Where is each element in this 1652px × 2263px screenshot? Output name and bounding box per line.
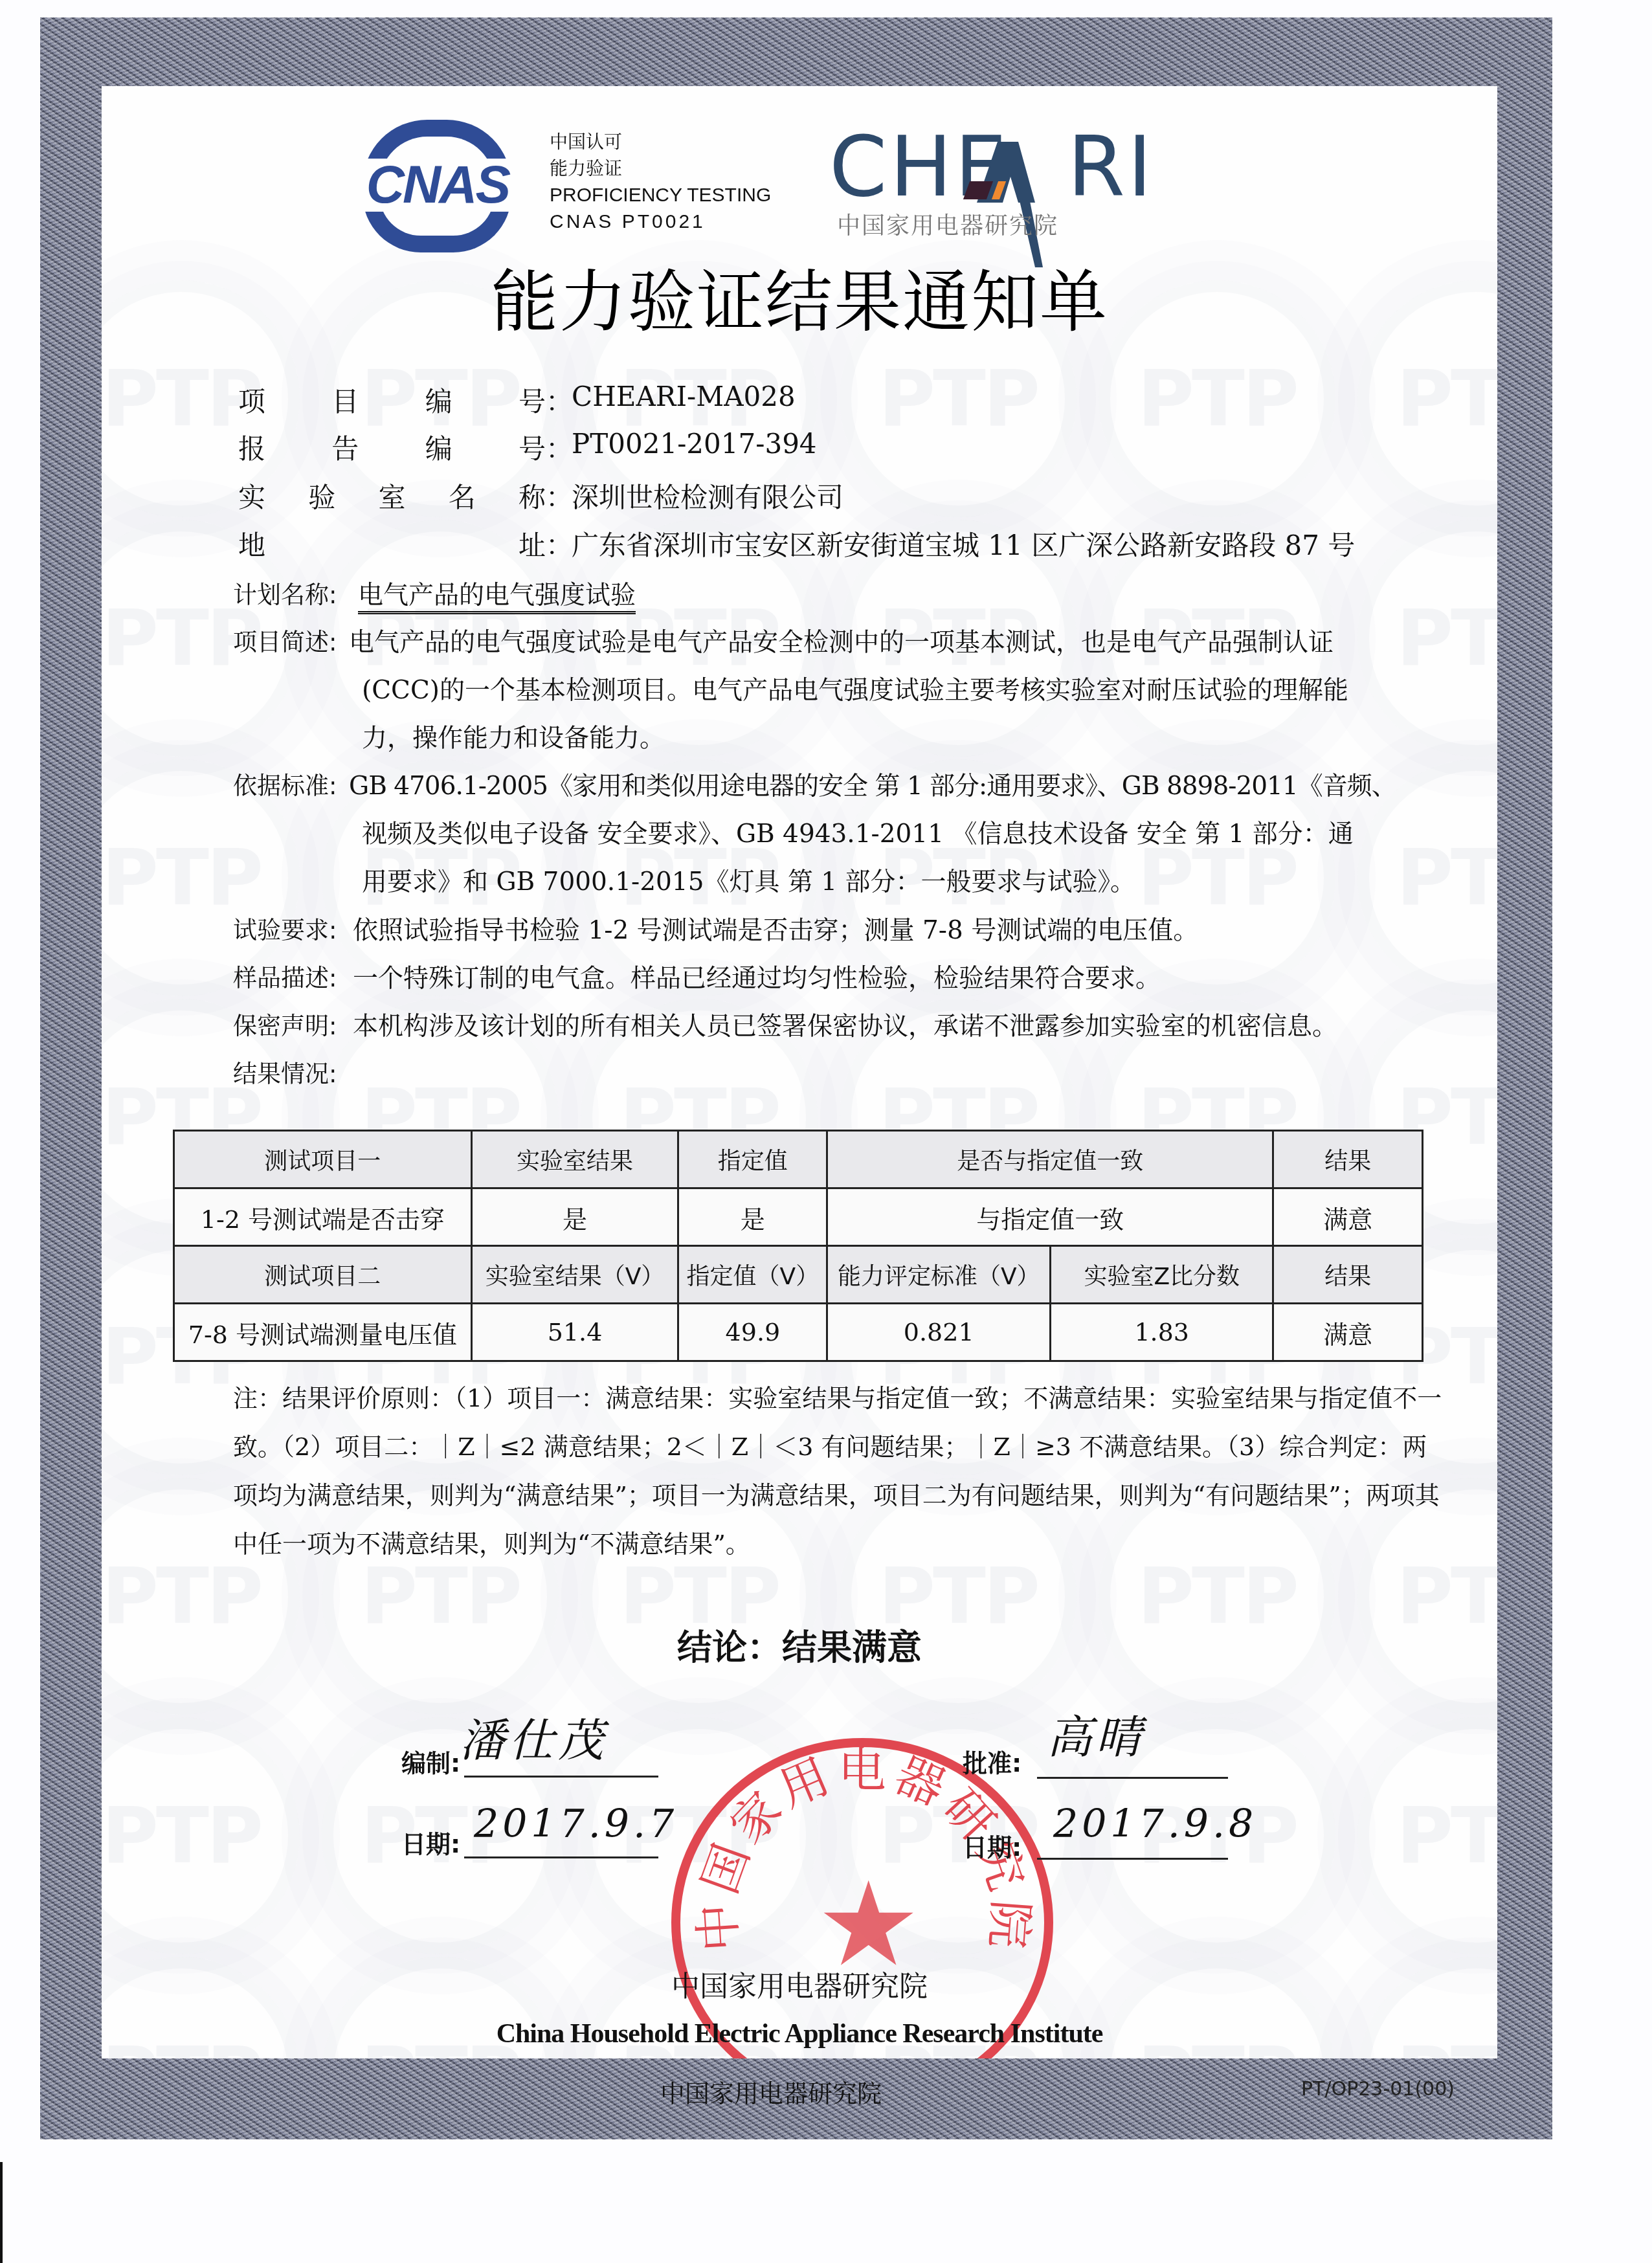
ptp-watermark: PTP xyxy=(102,1717,300,1954)
field-label-char: 实 xyxy=(238,476,265,515)
summary-section: 项目简述: 电气产品的电气强度试验是电气产品安全检测中的一项基本测试，也是电气产… xyxy=(233,619,1450,763)
prepared-by-label: 编制: xyxy=(401,1743,460,1779)
field-label-char: 号 xyxy=(519,381,546,419)
cheari-subtitle: 中国家用电器研究院 xyxy=(837,208,1058,241)
field-value: PT0021-2017-394 xyxy=(572,428,817,467)
field-label-char: 告 xyxy=(331,428,359,467)
table-header-cell: 能力评定标准（V） xyxy=(827,1246,1051,1304)
field-label-char: 地 xyxy=(238,524,265,563)
colon: ： xyxy=(546,428,572,467)
prepared-date-label: 日期: xyxy=(401,1824,460,1860)
prepared-date-value: 2017.9.7 xyxy=(474,1801,678,1847)
approved-date-value: 2017.9.8 xyxy=(1053,1801,1257,1847)
field-value: 深圳世检检测有限公司 xyxy=(572,476,843,515)
scan-edge-mark xyxy=(0,2162,3,2263)
colon: ： xyxy=(546,524,572,563)
table-header-cell: 测试项目二 xyxy=(174,1246,472,1304)
prepared-by-signature: 潘仕茂 xyxy=(460,1704,607,1770)
footer-organization: 中国家用电器研究院 xyxy=(660,2073,882,2109)
cnas-line-1: 中国认可 xyxy=(550,129,771,155)
field-label: 地址 xyxy=(238,524,546,563)
results-label: 结果情况: xyxy=(233,1051,337,1098)
field-label-char: 验 xyxy=(308,476,335,515)
table-row: 1-2 号测试端是否击穿 是 是 与指定值一致 满意 xyxy=(174,1188,1423,1246)
approved-by-signature: 高晴 xyxy=(1047,1701,1145,1767)
cnas-wordmark: CNAS xyxy=(350,159,526,212)
field-label: 报告编号 xyxy=(238,428,546,467)
field-value: 广东省深圳市宝安区新安街道宝城 11 区广深公路新安路段 87 号 xyxy=(572,524,1355,563)
test-requirements-value: 依照试验指导书检验 1-2 号测试端是否击穿；测量 7-8 号测试端的电压值。 xyxy=(353,907,1450,955)
approved-date-label: 日期: xyxy=(963,1827,1021,1863)
field-label-char: 名 xyxy=(449,476,476,515)
summary-label: 项目简述: xyxy=(233,619,337,667)
colon: ： xyxy=(546,476,572,515)
table-header-cell: 是否与指定值一致 xyxy=(827,1131,1273,1188)
table-header-cell: 指定值（V） xyxy=(678,1246,827,1304)
approved-date-line xyxy=(1037,1858,1228,1860)
approved-by-line xyxy=(1037,1777,1228,1779)
prepared-by-line xyxy=(464,1776,658,1778)
confidentiality-section: 保密声明: 本机构涉及该计划的所有相关人员已签署保密协议，承诺不泄露参加实验室的… xyxy=(233,1003,1450,1051)
conclusion: 结论：结果满意 xyxy=(102,1620,1497,1670)
cnas-text-block: 中国认可 能力验证 PROFICIENCY TESTING CNAS PT002… xyxy=(550,129,771,235)
table-cell: 51.4 xyxy=(471,1304,678,1361)
plan-name-label: 计划名称: xyxy=(233,572,337,619)
field-label-char: 目 xyxy=(331,381,359,419)
field-label-char: 报 xyxy=(238,428,265,467)
field-label-char: 项 xyxy=(238,381,265,419)
summary-line: (CCC)的一个基本检测项目。电气产品电气强度试验主要考核实验室对耐压试验的理解… xyxy=(362,667,1450,715)
table-row: 7-8 号测试端测量电压值 51.4 49.9 0.821 1.83 满意 xyxy=(174,1304,1423,1361)
cnas-line-2: 能力验证 xyxy=(550,155,771,182)
table-header-cell: 实验室结果 xyxy=(471,1131,678,1188)
table-cell: 满意 xyxy=(1273,1304,1423,1361)
organization-name-cn: 中国家用电器研究院 xyxy=(102,1963,1497,2005)
footer-form-code: PT/OP23-01(00) xyxy=(1301,2078,1455,2101)
field-label-char: 址 xyxy=(519,524,546,563)
plan-name-value: 电气产品的电气强度试验 xyxy=(358,581,636,614)
table-cell: 是 xyxy=(678,1188,827,1246)
table-cell: 49.9 xyxy=(678,1304,827,1361)
plan-name-section: 计划名称: 电气产品的电气强度试验 xyxy=(233,572,1450,619)
table-cell: 0.821 xyxy=(827,1304,1051,1361)
field-label: 实验室名称 xyxy=(238,476,546,515)
field-label-char: 称 xyxy=(519,476,546,515)
standards-line: 用要求》和 GB 7000.1-2015《灯具 第 1 部分：一般要求与试验》。 xyxy=(362,858,1450,906)
table-header-cell: 实验室结果（V） xyxy=(471,1246,678,1304)
field-address: 地址： 广东省深圳市宝安区新安街道宝城 11 区广深公路新安路段 87 号 xyxy=(238,524,1355,563)
table-cell: 7-8 号测试端测量电压值 xyxy=(174,1304,472,1361)
field-label-char: 室 xyxy=(378,476,405,515)
ptp-watermark: PTP xyxy=(1357,1717,1497,1954)
table-header-cell: 结果 xyxy=(1273,1131,1423,1188)
field-report-number: 报告编号： PT0021-2017-394 xyxy=(238,428,817,467)
table-cell: 1.83 xyxy=(1051,1304,1273,1361)
summary-line: 力，操作能力和设备能力。 xyxy=(362,715,1450,763)
summary-line: 电气产品的电气强度试验是电气产品安全检测中的一项基本测试，也是电气产品强制认证 xyxy=(349,619,1450,667)
evaluation-notes: 注：结果评价原则：（1）项目一：满意结果：实验室结果与指定值一致；不满意结果：实… xyxy=(233,1374,1450,1568)
table-cell: 1-2 号测试端是否击穿 xyxy=(174,1188,472,1246)
table-header-cell: 指定值 xyxy=(678,1131,827,1188)
field-value: CHEARI-MA028 xyxy=(572,381,796,419)
field-lab-name: 实验室名称： 深圳世检检测有限公司 xyxy=(238,476,843,515)
field-project-number: 项目编号： CHEARI-MA028 xyxy=(238,381,796,419)
sample-description-section: 样品描述: 一个特殊订制的电气盒。样品已经通过均匀性检验，检验结果符合要求。 xyxy=(233,955,1450,1003)
sample-description-value: 一个特殊订制的电气盒。样品已经通过均匀性检验，检验结果符合要求。 xyxy=(353,955,1450,1003)
table-header-cell: 测试项目一 xyxy=(174,1131,472,1188)
table-header-cell: 实验室Z比分数 xyxy=(1051,1246,1273,1304)
table-header-row: 测试项目一 实验室结果 指定值 是否与指定值一致 结果 xyxy=(174,1131,1423,1188)
field-label-char: 编 xyxy=(425,428,452,467)
approved-by-label: 批准: xyxy=(963,1743,1021,1779)
cnas-line-4: CNAS PT0021 xyxy=(550,208,771,235)
certificate-sheet: PTPPTPPTPPTPPTPPTPPTPPTPPTPPTPPTPPTPPTPP… xyxy=(102,86,1497,2058)
confidentiality-value: 本机构涉及该计划的所有相关人员已签署保密协议，承诺不泄露参加实验室的机密信息。 xyxy=(353,1003,1450,1051)
standards-line: GB 4706.1-2005《家用和类似用途电器的安全 第 1 部分:通用要求》… xyxy=(349,763,1450,810)
test-requirements-section: 试验要求: 依照试验指导书检验 1-2 号测试端是否击穿；测量 7-8 号测试端… xyxy=(233,907,1450,955)
standards-label: 依据标准: xyxy=(233,763,337,810)
sample-description-label: 样品描述: xyxy=(233,955,337,1003)
colon: ： xyxy=(546,381,572,419)
official-seal: 中国家用电器研究院 ★ xyxy=(671,1738,1053,2058)
cnas-line-3: PROFICIENCY TESTING xyxy=(550,182,771,208)
table-header-row: 测试项目二 实验室结果（V） 指定值（V） 能力评定标准（V） 实验室Z比分数 … xyxy=(174,1246,1423,1304)
field-label: 项目编号 xyxy=(238,381,546,419)
table-cell: 满意 xyxy=(1273,1188,1423,1246)
organization-name-en: China Household Electric Appliance Resea… xyxy=(102,2018,1497,2049)
test-requirements-label: 试验要求: xyxy=(233,907,337,955)
cnas-logo: CNAS xyxy=(350,120,526,243)
standards-line: 视频及类似电子设备 安全要求》、GB 4943.1-2011 《信息技术设备 安… xyxy=(362,810,1450,858)
table-cell: 是 xyxy=(471,1188,678,1246)
field-label-char: 编 xyxy=(425,381,452,419)
results-table: 测试项目一 实验室结果 指定值 是否与指定值一致 结果 1-2 号测试端是否击穿… xyxy=(173,1130,1423,1362)
field-label-char: 号 xyxy=(519,428,546,467)
standards-section: 依据标准: GB 4706.1-2005《家用和类似用途电器的安全 第 1 部分… xyxy=(233,763,1450,906)
document-title: 能力验证结果通知单 xyxy=(102,248,1497,345)
table-cell: 与指定值一致 xyxy=(827,1188,1273,1246)
prepared-date-line xyxy=(464,1856,658,1858)
confidentiality-label: 保密声明: xyxy=(233,1003,337,1051)
table-header-cell: 结果 xyxy=(1273,1246,1423,1304)
